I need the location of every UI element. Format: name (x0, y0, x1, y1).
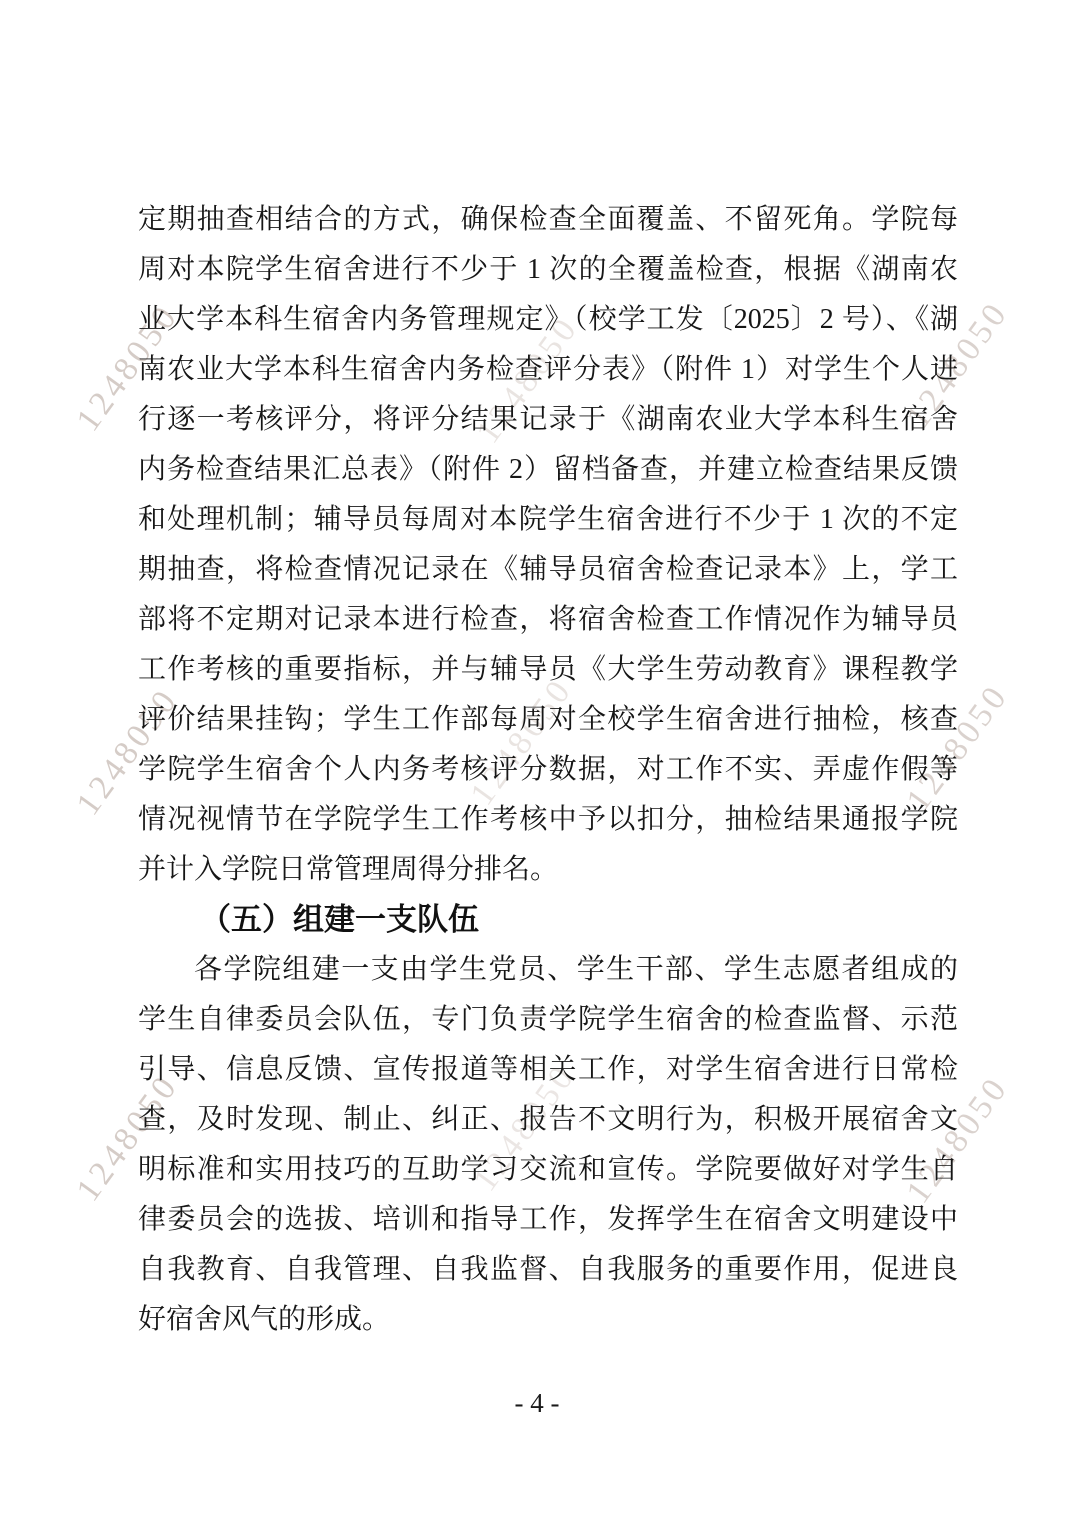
text-line: 自我教育、自我管理、自我监督、自我服务的重要作用，促进良 (138, 1245, 958, 1295)
section-heading: （五）组建一支队伍 (138, 895, 958, 945)
text-line: 明标准和实用技巧的互助学习交流和宣传。学院要做好对学生自 (138, 1145, 958, 1195)
text-line: 业大学本科生宿舍内务管理规定》（校学工发〔2025〕2 号）、《湖 (138, 295, 958, 345)
text-line: 学院学生宿舍个人内务考核评分数据，对工作不实、弄虚作假等 (138, 745, 958, 795)
text-line: 情况视情节在学院学生工作考核中予以扣分，抽检结果通报学院 (138, 795, 958, 845)
document-body: 定期抽查相结合的方式，确保检查全面覆盖、不留死角。学院每周对本院学生宿舍进行不少… (138, 195, 958, 1345)
text-line: 学生自律委员会队伍，专门负责学院学生宿舍的检查监督、示范 (138, 995, 958, 1045)
text-line: 南农业大学本科生宿舍内务检查评分表》（附件 1）对学生个人进 (138, 345, 958, 395)
text-line: 并计入学院日常管理周得分排名。 (138, 845, 958, 895)
text-line: 行逐一考核评分，将评分结果记录于《湖南农业大学本科生宿舍 (138, 395, 958, 445)
text-line: 周对本院学生宿舍进行不少于 1 次的全覆盖检查，根据《湖南农 (138, 245, 958, 295)
text-line: 各学院组建一支由学生党员、学生干部、学生志愿者组成的 (138, 945, 958, 995)
text-line: 和处理机制；辅导员每周对本院学生宿舍进行不少于 1 次的不定 (138, 495, 958, 545)
text-line: 部将不定期对记录本进行检查，将宿舍检查工作情况作为辅导员 (138, 595, 958, 645)
page-number: - 4 - (0, 1388, 1074, 1419)
text-line: 律委员会的选拔、培训和指导工作，发挥学生在宿舍文明建设中 (138, 1195, 958, 1245)
text-line: 内务检查结果汇总表》（附件 2）留档备查，并建立检查结果反馈 (138, 445, 958, 495)
text-line: 引导、信息反馈、宣传报道等相关工作，对学生宿舍进行日常检 (138, 1045, 958, 1095)
document-page: 1248050124805012480501248050124805012480… (0, 0, 1074, 1520)
text-line: 工作考核的重要指标，并与辅导员《大学生劳动教育》课程教学 (138, 645, 958, 695)
text-line: 定期抽查相结合的方式，确保检查全面覆盖、不留死角。学院每 (138, 195, 958, 245)
text-line: 评价结果挂钩；学生工作部每周对全校学生宿舍进行抽检，核查 (138, 695, 958, 745)
text-line: 好宿舍风气的形成。 (138, 1295, 958, 1345)
text-line: 查，及时发现、制止、纠正、报告不文明行为，积极开展宿舍文 (138, 1095, 958, 1145)
text-line: 期抽查，将检查情况记录在《辅导员宿舍检查记录本》上，学工 (138, 545, 958, 595)
